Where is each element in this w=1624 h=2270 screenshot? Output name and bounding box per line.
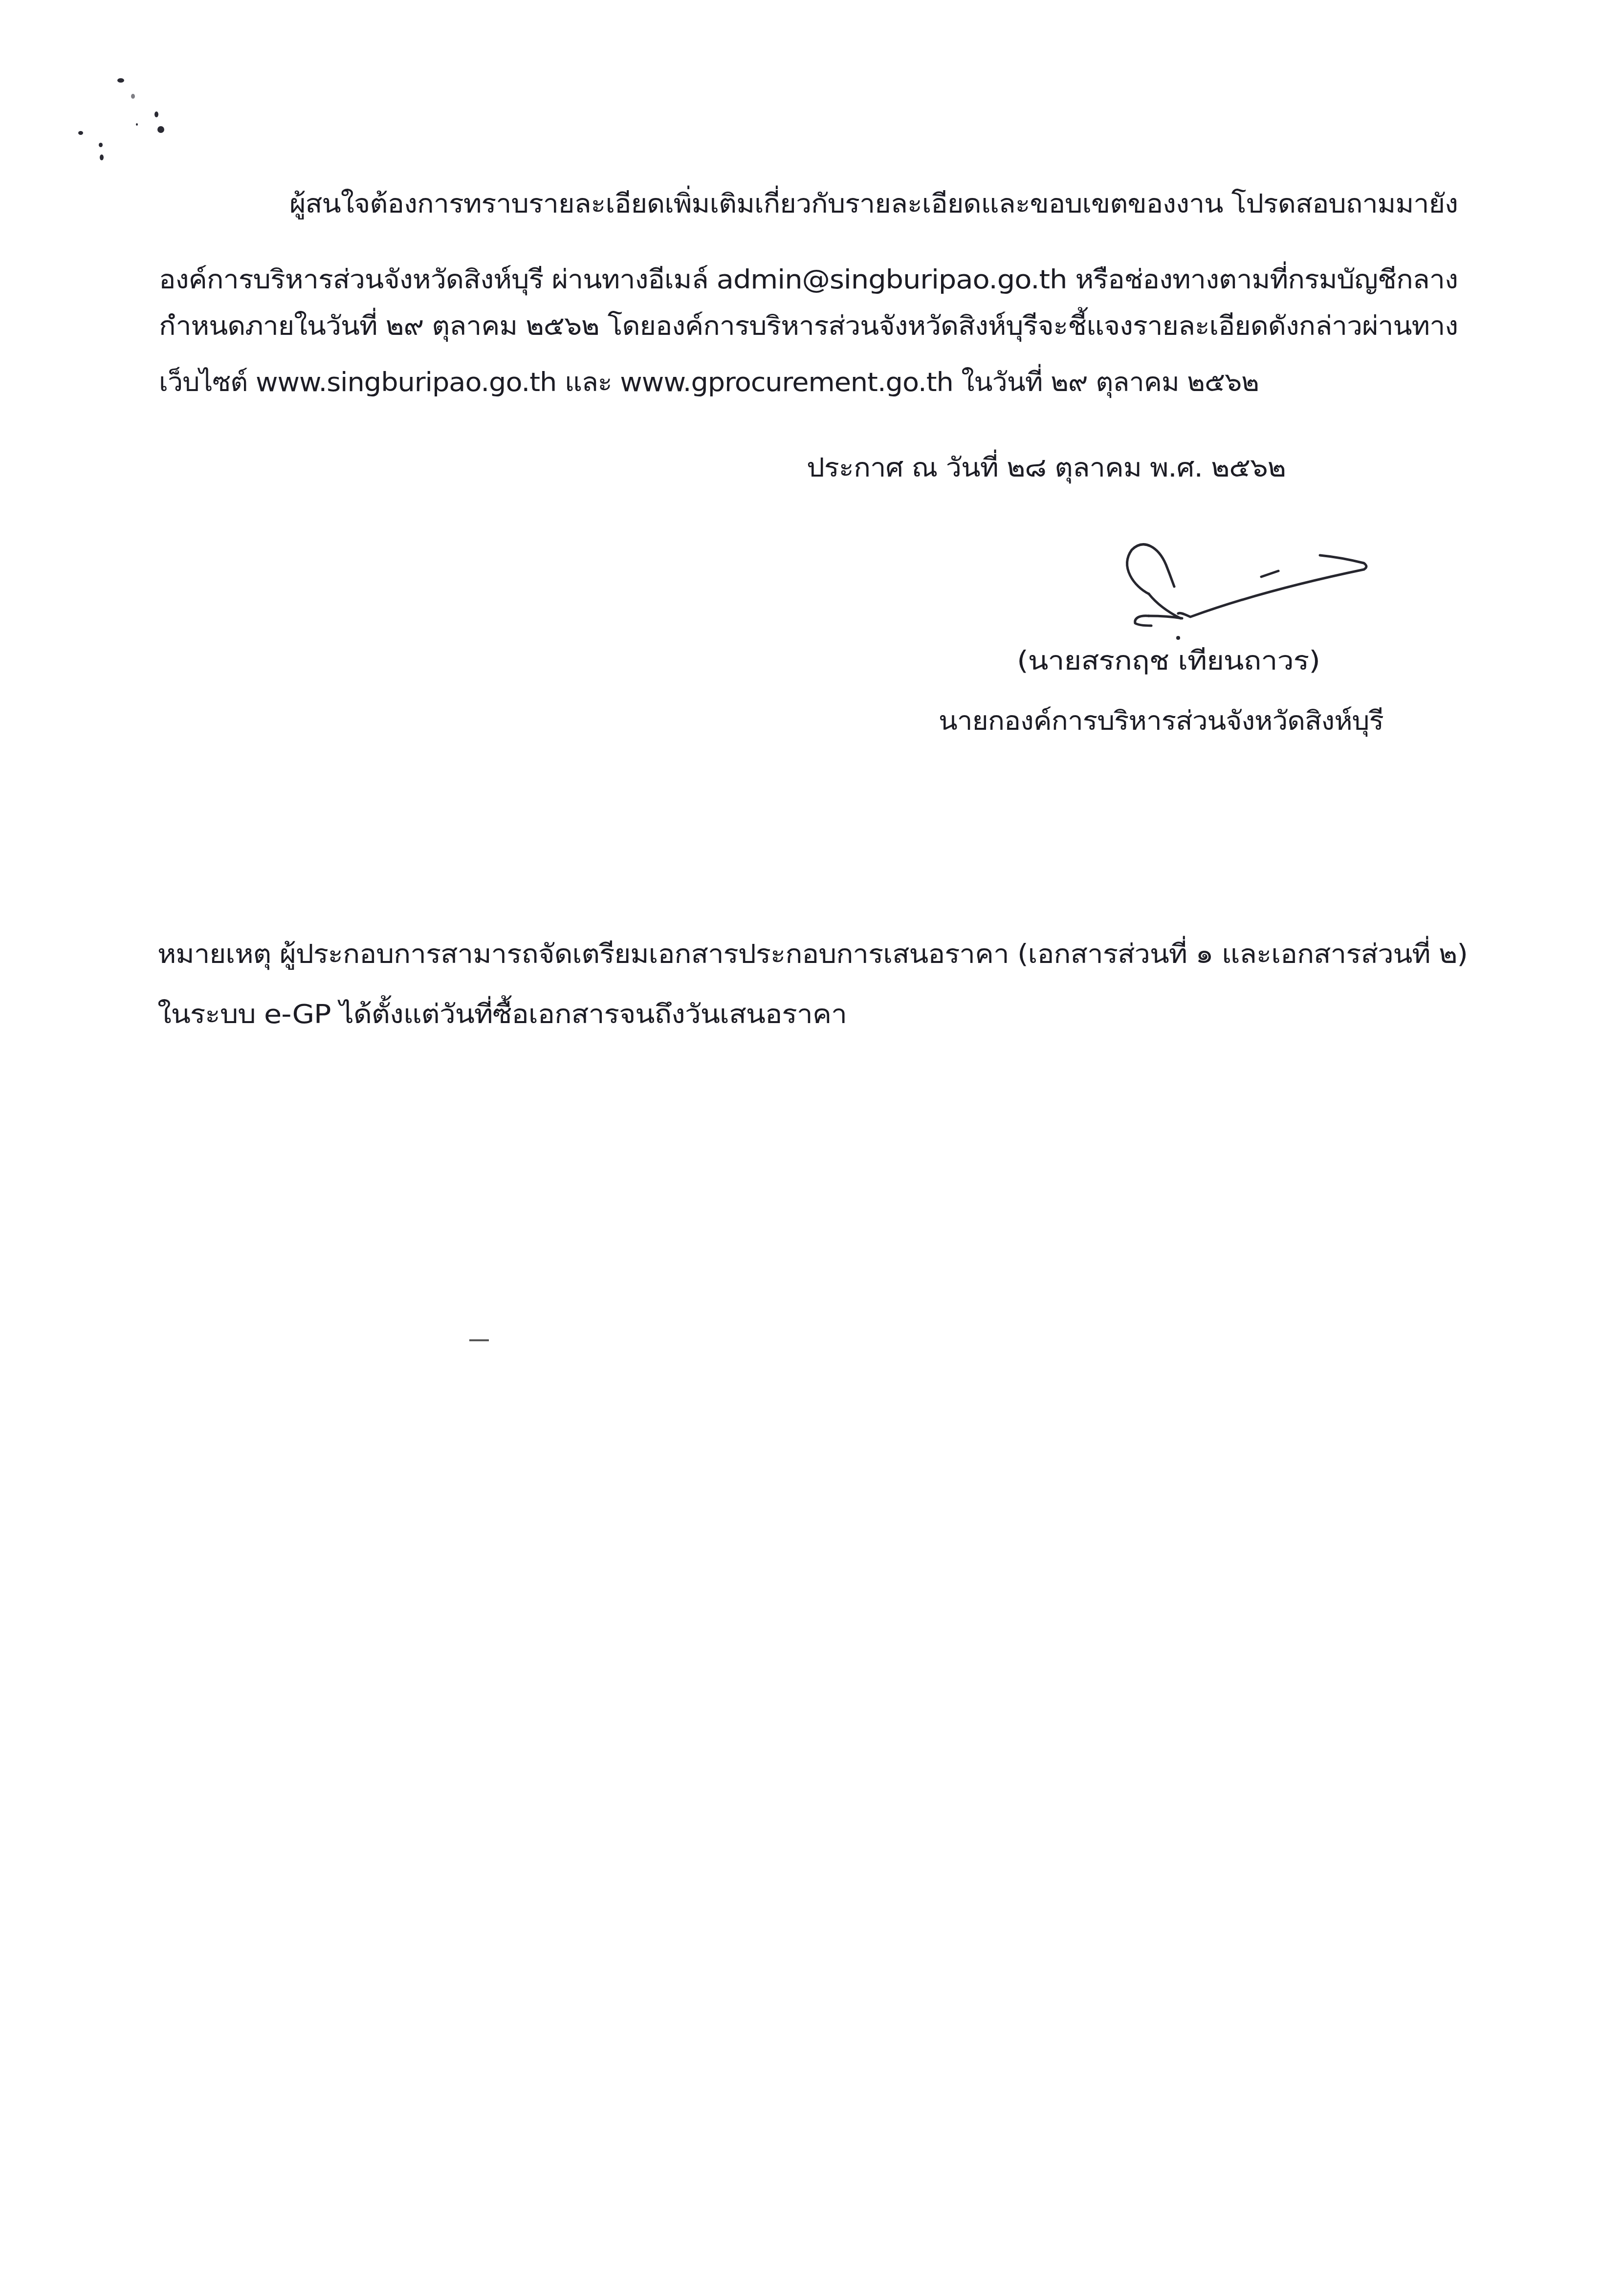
note-line-2: ในระบบ e-GP ได้ตั้งแต่วันที่ซื้อเอกสารจน…: [157, 1001, 847, 1027]
signatory-name: (นายสรกฤช เทียนถาวร): [1017, 648, 1320, 674]
body-paragraph-line-4: เว็บไซต์ www.singburipao.go.th และ www.g…: [159, 369, 1259, 395]
scan-artifact-mark: [469, 1339, 489, 1341]
body-paragraph-line-3: กำหนดภายในวันที่ ๒๙ ตุลาคม ๒๕๖๒ โดยองค์ก…: [159, 313, 1458, 339]
body-paragraph-line-1: ผู้สนใจต้องการทราบรายละเอียดเพิ่มเติมเกี…: [289, 191, 1458, 217]
note-line-1: หมายเหตุ ผู้ประกอบการสามารถจัดเตรียมเอกส…: [157, 941, 1468, 967]
scanned-document-page: ผู้สนใจต้องการทราบรายละเอียดเพิ่มเติมเกี…: [0, 0, 1624, 2270]
scan-artifact-specks: [59, 68, 176, 176]
body-paragraph-line-2: องค์การบริหารส่วนจังหวัดสิงห์บุรี ผ่านทา…: [159, 266, 1458, 293]
announcement-date: ประกาศ ณ วันที่ ๒๘ ตุลาคม พ.ศ. ๒๕๖๒: [807, 455, 1286, 481]
signature-icon: [1100, 528, 1442, 640]
signatory-position: นายกองค์การบริหารส่วนจังหวัดสิงห์บุรี: [939, 708, 1383, 734]
